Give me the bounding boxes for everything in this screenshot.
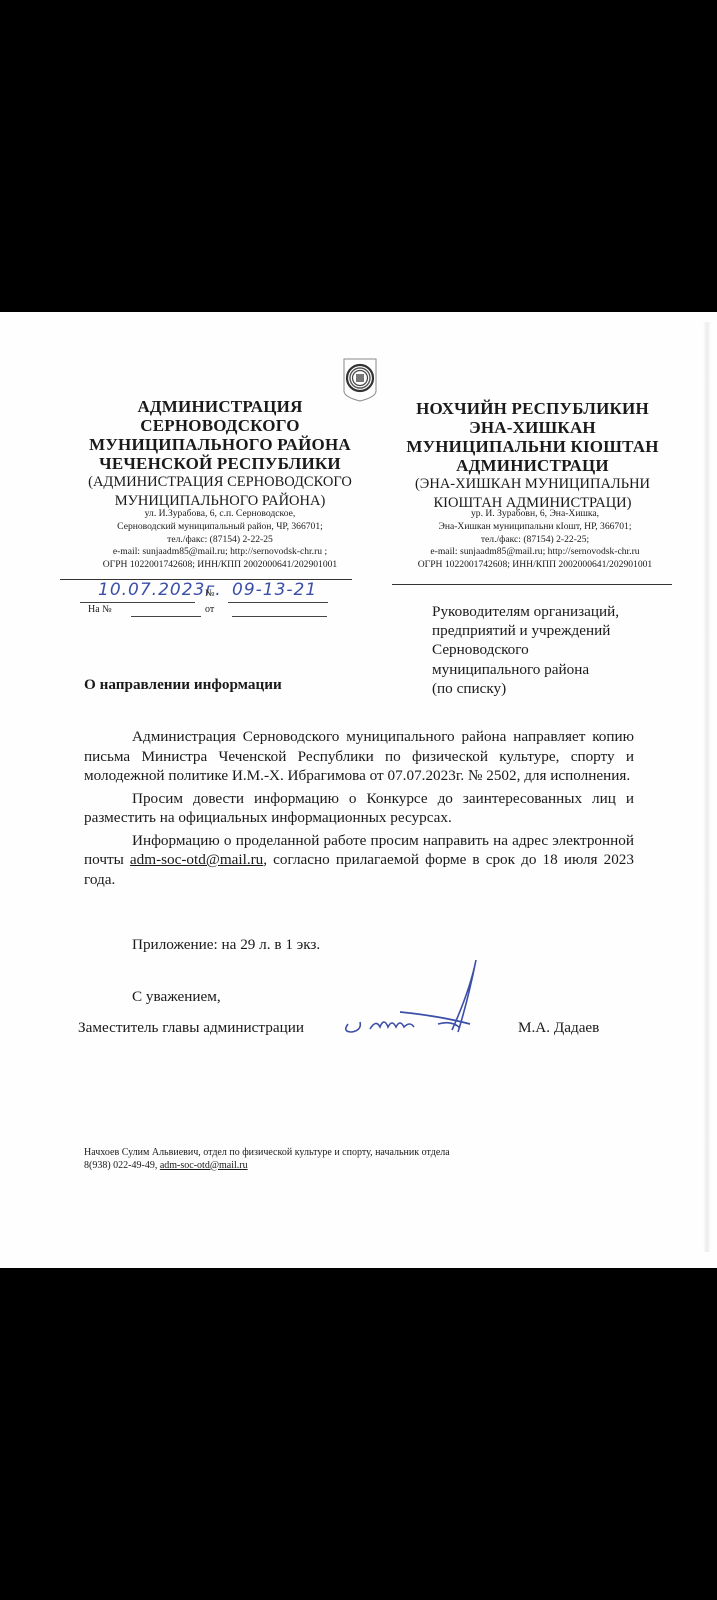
right-title-line: МУНИЦИПАЛЬНИ КІОШТАН bbox=[390, 437, 675, 456]
right-address-line: ур. И. Зурабовн, 6, Эна-Хишка, bbox=[385, 508, 685, 521]
left-address-line: тел./факс: (87154) 2-22-25 bbox=[60, 534, 380, 547]
closing-phrase: С уважением, bbox=[132, 987, 221, 1007]
attachment-note: Приложение: на 29 л. в 1 экз. bbox=[132, 935, 320, 955]
right-address-line: e-mail: sunjaadm85@mail.ru; http://serno… bbox=[385, 546, 685, 559]
subject-line: О направлении информации bbox=[84, 676, 282, 694]
registration-number: 09-13-21 bbox=[232, 580, 317, 600]
number-label: № bbox=[205, 588, 215, 599]
page-edge-shadow bbox=[703, 322, 711, 1252]
recipient-line: Руководителям организаций, bbox=[432, 602, 682, 621]
registration-date: 10.07.2023г. bbox=[98, 580, 222, 600]
email-link[interactable]: adm-soc-otd@mail.ru bbox=[130, 851, 263, 868]
left-header: АДМИНИСТРАЦИЯ СЕРНОВОДСКОГО МУНИЦИПАЛЬНО… bbox=[70, 397, 370, 511]
body-paragraph-3: Информацию о проделанной работе просим н… bbox=[84, 831, 634, 890]
left-address-line: e-mail: sunjaadm85@mail.ru; http://serno… bbox=[60, 546, 380, 559]
right-title-line: НОХЧИЙН РЕСПУБЛИКИН bbox=[390, 399, 675, 418]
body-paragraph-1: Администрация Серноводского муниципально… bbox=[84, 727, 634, 786]
left-subtitle-line: (АДМИНИСТРАЦИЯ СЕРНОВОДСКОГО bbox=[70, 473, 370, 492]
executor-phone: 8(938) 022-49-49, bbox=[84, 1160, 160, 1171]
signatory-name: М.А. Дадаев bbox=[518, 1018, 599, 1038]
right-address-line: ОГРН 1022001742608; ИНН/КПП 2002000641/2… bbox=[385, 559, 685, 572]
reply-to-blank bbox=[131, 616, 201, 617]
recipient-block: Руководителям организаций, предприятий и… bbox=[432, 602, 682, 698]
left-address-block: ул. И.Зурабова, 6, с.п. Серноводское, Се… bbox=[60, 508, 380, 572]
left-title-line: АДМИНИСТРАЦИЯ bbox=[70, 397, 370, 416]
recipient-line: муниципального района bbox=[432, 660, 682, 679]
right-title-line: ЭНА-ХИШКАН bbox=[390, 418, 675, 437]
recipient-line: предприятий и учреждений bbox=[432, 621, 682, 640]
executor-footer: Начхоев Сулим Альвиевич, отдел по физиче… bbox=[84, 1147, 450, 1172]
right-subtitle-line: (ЭНА-ХИШКАН МУНИЦИПАЛЬНИ bbox=[390, 475, 675, 494]
executor-contact: 8(938) 022-49-49, adm-soc-otd@mail.ru bbox=[84, 1160, 450, 1173]
left-address-line: ул. И.Зурабова, 6, с.п. Серноводское, bbox=[60, 508, 380, 521]
body-paragraph-2: Просим довести информацию о Конкурсе до … bbox=[84, 789, 634, 828]
right-title-line: АДМИНИСТРАЦИ bbox=[390, 456, 675, 475]
left-address-line: ОГРН 1022001742608; ИНН/КПП 2002000641/2… bbox=[60, 559, 380, 572]
right-header-divider bbox=[392, 584, 672, 585]
recipient-line: (по списку) bbox=[432, 679, 682, 698]
from-blank bbox=[232, 616, 327, 617]
left-title-line: ЧЕЧЕНСКОЙ РЕСПУБЛИКИ bbox=[70, 454, 370, 473]
reply-to-label: На № bbox=[88, 604, 112, 615]
left-title-line: СЕРНОВОДСКОГО bbox=[70, 416, 370, 435]
left-address-line: Серноводский муниципальный район, ЧР, 36… bbox=[60, 521, 380, 534]
from-label: от bbox=[205, 604, 214, 615]
executor-email-link[interactable]: adm-soc-otd@mail.ru bbox=[160, 1160, 248, 1171]
number-underline bbox=[228, 602, 328, 603]
right-address-block: ур. И. Зурабовн, 6, Эна-Хишка, Эна-Хишка… bbox=[385, 508, 685, 572]
right-header: НОХЧИЙН РЕСПУБЛИКИН ЭНА-ХИШКАН МУНИЦИПАЛ… bbox=[390, 399, 675, 513]
letter-body: Администрация Серноводского муниципально… bbox=[84, 727, 634, 892]
executor-name: Начхоев Сулим Альвиевич, отдел по физиче… bbox=[84, 1147, 450, 1160]
date-underline bbox=[80, 602, 195, 603]
signatory-position: Заместитель главы администрации bbox=[78, 1018, 304, 1038]
document-page: АДМИНИСТРАЦИЯ СЕРНОВОДСКОГО МУНИЦИПАЛЬНО… bbox=[0, 312, 717, 1268]
right-address-line: тел./факс: (87154) 2-22-25; bbox=[385, 534, 685, 547]
left-title-line: МУНИЦИПАЛЬНОГО РАЙОНА bbox=[70, 435, 370, 454]
recipient-line: Серноводского bbox=[432, 640, 682, 659]
right-address-line: Эна-Хишкан муниципальни кІошт, НР, 36670… bbox=[385, 521, 685, 534]
signature-icon bbox=[340, 954, 490, 1044]
